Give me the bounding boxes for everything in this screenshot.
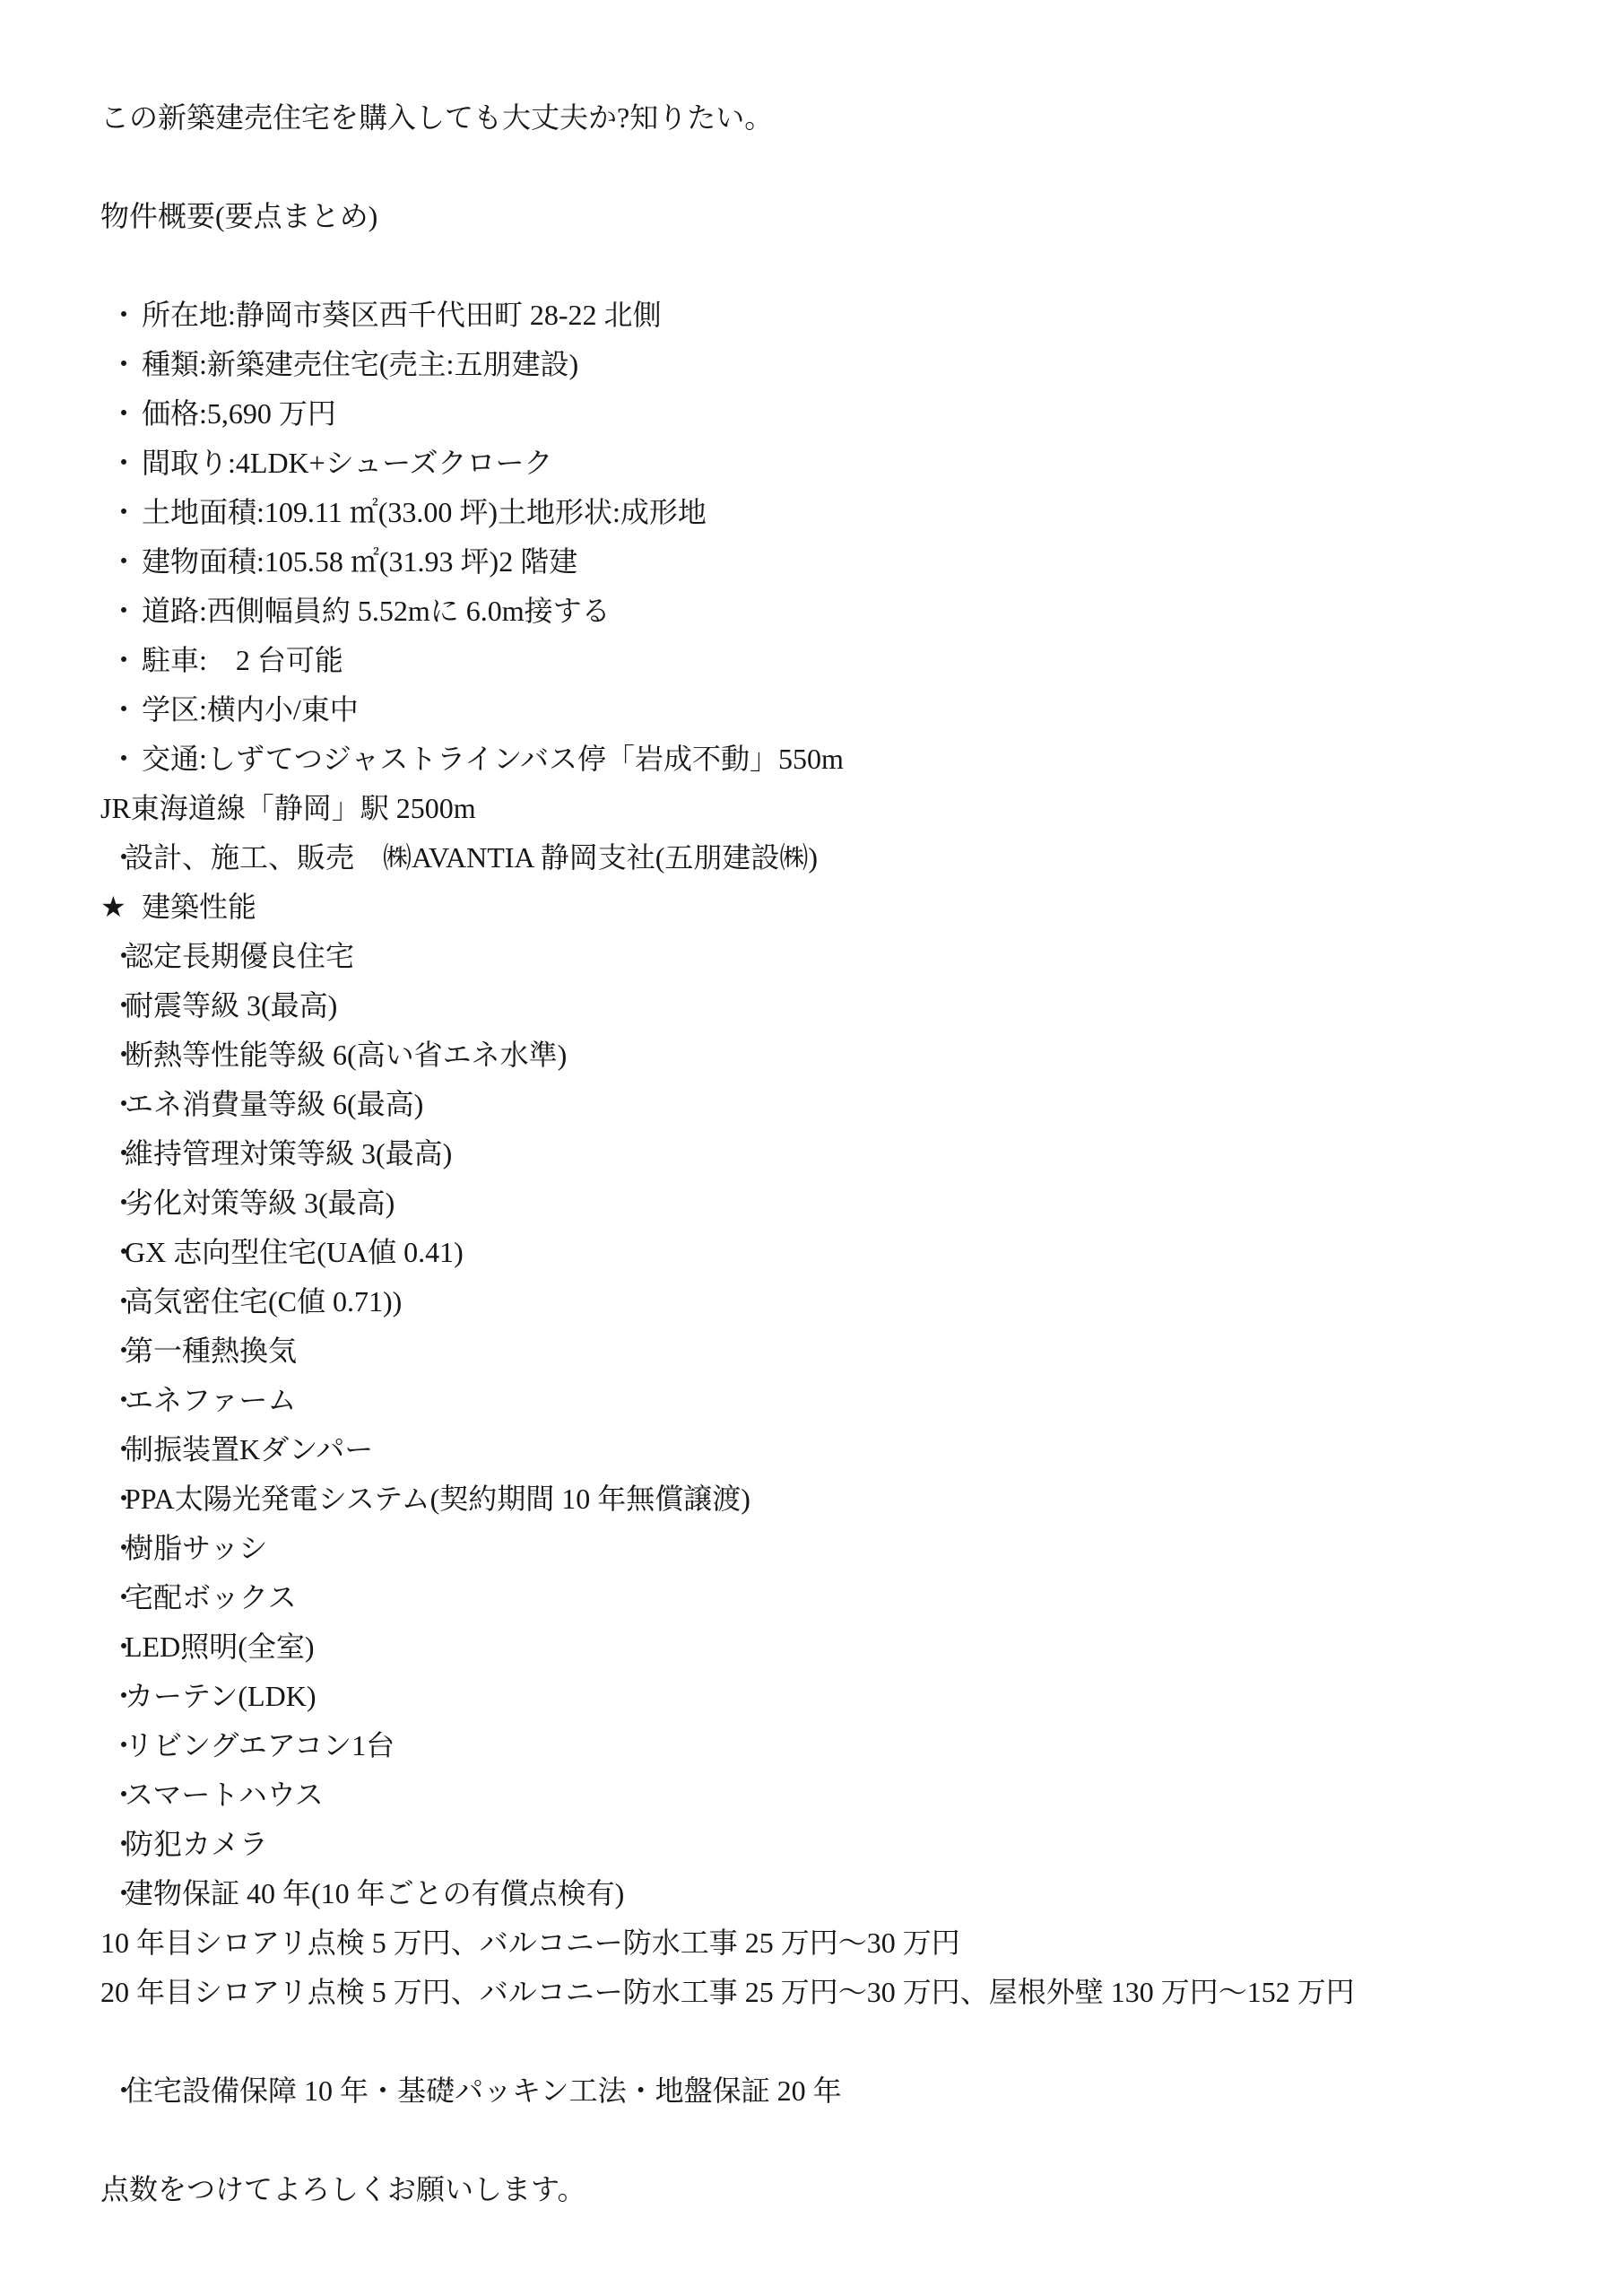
performance-item-text: PPA太陽光発電システム(契約期間 10 年無償譲渡) (125, 1483, 750, 1515)
overview-item-text: 土地面積:109.11 ㎡(33.00 坪)土地形状:成形地 (142, 496, 707, 528)
performance-item-text: 断熱等性能等級 6(高い省エネ水準) (125, 1039, 567, 1071)
performance-item-text: 宅配ボックス (125, 1581, 297, 1613)
performance-item-seismic-grade: ・耐震等級 3(最高) (100, 981, 1572, 1031)
overview-item-text: 種類:新築建売住宅(売主:五朋建設) (142, 348, 578, 380)
performance-item-security-camera: ・防犯カメラ (100, 1820, 1572, 1869)
performance-item-resin-sash: ・樹脂サッシ (100, 1524, 1572, 1573)
design-line-text: 設計、施工、販売 ㈱AVANTIA 静岡支社(五朋建設㈱) (125, 841, 818, 874)
blank-line (100, 241, 1572, 291)
performance-item-ppa-solar: ・PPA太陽光発電システム(契約期間 10 年無償譲渡) (100, 1474, 1572, 1524)
performance-item-text: 維持管理対策等級 3(最高) (125, 1137, 452, 1170)
blank-line (100, 143, 1572, 192)
performance-item-insulation-grade: ・断熱等性能等級 6(高い省エネ水準) (100, 1031, 1572, 1080)
performance-item-text: LED照明(全室) (125, 1631, 315, 1663)
overview-item-text: 交通:しずてつジャストラインバス停「岩成不動」550m (142, 743, 844, 775)
bullet-icon: ・ (109, 1425, 125, 1474)
overview-item-text: 価格:5,690 万円 (142, 397, 336, 430)
overview-item-text: 所在地:静岡市葵区西千代田町 28-22 北側 (142, 299, 662, 331)
performance-item-curtains: ・カーテン(LDK) (100, 1672, 1572, 1721)
performance-item-maintenance-grade: ・維持管理対策等級 3(最高) (100, 1129, 1572, 1178)
overview-item-floorplan: ・間取り:4LDK+シューズクローク (100, 439, 1572, 488)
bullet-icon: ・ (109, 537, 142, 587)
bullet-icon: ・ (109, 587, 142, 636)
overview-item-text: 間取り:4LDK+シューズクローク (142, 447, 552, 479)
warranty-line: ・住宅設備保障 10 年・基礎パッキン工法・地盤保証 20 年 (100, 2066, 1572, 2116)
blank-line (100, 2017, 1572, 2066)
design-construction-sales-line: ・設計、施工、販売 ㈱AVANTIA 静岡支社(五朋建設㈱) (100, 833, 1572, 883)
bullet-icon: ・ (109, 685, 142, 735)
performance-item-text: エネファーム (125, 1384, 296, 1416)
bullet-icon: ・ (109, 1622, 125, 1672)
performance-item-text: スマートハウス (125, 1779, 324, 1811)
performance-item-damper: ・制振装置Kダンパー (100, 1425, 1572, 1474)
performance-item-long-term-certified: ・認定長期優良住宅 (100, 932, 1572, 981)
performance-item-text: 高気密住宅(C値 0.71)) (125, 1285, 402, 1318)
bullet-icon: ・ (109, 1672, 125, 1721)
performance-item-text: リビングエアコン1台 (125, 1729, 395, 1761)
performance-header-text: 建築性能 (142, 891, 256, 923)
performance-item-led-lighting: ・LED照明(全室) (100, 1622, 1572, 1672)
performance-item-deterioration-grade: ・劣化対策等級 3(最高) (100, 1178, 1572, 1228)
bullet-icon: ・ (109, 1721, 125, 1770)
performance-item-delivery-box: ・宅配ボックス (100, 1573, 1572, 1622)
performance-item-text: カーテン(LDK) (125, 1680, 316, 1712)
performance-item-gx-house: ・GX 志向型住宅(UA値 0.41) (100, 1228, 1572, 1277)
performance-item-airtight-house: ・高気密住宅(C値 0.71)) (100, 1277, 1572, 1326)
bullet-icon: ・ (109, 1178, 125, 1228)
bullet-icon: ・ (109, 932, 125, 981)
bullet-icon: ・ (109, 488, 142, 537)
bullet-icon: ・ (109, 636, 142, 685)
performance-item-text: 建物保証 40 年(10 年ごとの有償点検有) (125, 1877, 624, 1909)
intro-question: この新築建売住宅を購入しても大丈夫か?知りたい。 (100, 93, 1572, 143)
bullet-icon: ・ (109, 1474, 125, 1524)
overview-item-text: 学区:横内小/東中 (142, 693, 359, 726)
performance-item-ventilation: ・第一種熱換気 (100, 1326, 1572, 1376)
performance-item-enefarm: ・エネファーム (100, 1376, 1572, 1425)
overview-item-price: ・価格:5,690 万円 (100, 389, 1572, 439)
overview-item-location: ・所在地:静岡市葵区西千代田町 28-22 北側 (100, 291, 1572, 340)
performance-item-smart-house: ・スマートハウス (100, 1770, 1572, 1820)
overview-item-building-area: ・建物面積:105.58 ㎡(31.93 坪)2 階建 (100, 537, 1572, 587)
bullet-icon: ・ (109, 2066, 125, 2116)
performance-item-text: 認定長期優良住宅 (125, 940, 354, 972)
warranty-line-text: 住宅設備保障 10 年・基礎パッキン工法・地盤保証 20 年 (125, 2074, 842, 2107)
performance-item-text: 劣化対策等級 3(最高) (125, 1187, 395, 1219)
bullet-icon: ・ (109, 1869, 125, 1918)
maintenance-cost-line-10yr: 10 年目シロアリ点検 5 万円、バルコニー防水工事 25 万円〜30 万円 (100, 1918, 1572, 1968)
bullet-icon: ・ (109, 1277, 125, 1326)
bullet-icon: ・ (109, 981, 125, 1031)
bullet-icon: ・ (109, 1080, 125, 1129)
performance-header: ★建築性能 (100, 883, 1572, 932)
bullet-icon: ・ (109, 439, 142, 488)
overview-item-parking: ・駐車: 2 台可能 (100, 636, 1572, 685)
overview-item-text: 道路:西側幅員約 5.52mに 6.0m接する (142, 595, 611, 627)
bullet-icon: ・ (109, 291, 142, 340)
overview-item-text: 建物面積:105.58 ㎡(31.93 坪)2 階建 (142, 545, 577, 578)
performance-item-text: 第一種熱換気 (125, 1335, 297, 1367)
performance-item-text: 防犯カメラ (125, 1828, 268, 1860)
bullet-icon: ・ (109, 1820, 125, 1869)
bullet-icon: ・ (109, 1228, 125, 1277)
bullet-icon: ・ (109, 1573, 125, 1622)
overview-item-road: ・道路:西側幅員約 5.52mに 6.0m接する (100, 587, 1572, 636)
closing-request: 点数をつけてよろしくお願いします。 (100, 2165, 1572, 2214)
bullet-icon: ・ (109, 735, 142, 784)
performance-item-living-aircon: ・リビングエアコン1台 (100, 1721, 1572, 1770)
overview-item-type: ・種類:新築建売住宅(売主:五朋建設) (100, 340, 1572, 389)
section-title: 物件概要(要点まとめ) (100, 192, 1572, 241)
overview-item-transit: ・交通:しずてつジャストラインバス停「岩成不動」550m (100, 735, 1572, 784)
bullet-icon: ・ (109, 1770, 125, 1820)
bullet-icon: ・ (109, 833, 125, 883)
performance-item-text: GX 志向型住宅(UA値 0.41) (125, 1236, 464, 1268)
bullet-icon: ・ (109, 1376, 125, 1425)
maintenance-cost-line-20yr: 20 年目シロアリ点検 5 万円、バルコニー防水工事 25 万円〜30 万円、屋… (100, 1968, 1572, 2017)
overview-item-school-district: ・学区:横内小/東中 (100, 685, 1572, 735)
bullet-icon: ・ (109, 340, 142, 389)
performance-item-text: 樹脂サッシ (125, 1532, 267, 1564)
performance-item-text: 耐震等級 3(最高) (125, 989, 337, 1022)
performance-item-text: エネ消費量等級 6(最高) (125, 1088, 423, 1120)
bullet-icon: ・ (109, 1524, 125, 1573)
blank-line (100, 2116, 1572, 2165)
overview-item-text: 駐車: 2 台可能 (142, 644, 343, 676)
transit-continuation-line: JR東海道線「静岡」駅 2500m (100, 784, 1572, 833)
bullet-icon: ・ (109, 1129, 125, 1178)
performance-item-energy-grade: ・エネ消費量等級 6(最高) (100, 1080, 1572, 1129)
star-icon: ★ (100, 883, 142, 932)
bullet-icon: ・ (109, 389, 142, 439)
document-page: この新築建売住宅を購入しても大丈夫か?知りたい。 物件概要(要点まとめ) ・所在… (0, 0, 1622, 2296)
overview-item-land-area: ・土地面積:109.11 ㎡(33.00 坪)土地形状:成形地 (100, 488, 1572, 537)
performance-item-building-warranty: ・建物保証 40 年(10 年ごとの有償点検有) (100, 1869, 1572, 1918)
bullet-icon: ・ (109, 1326, 125, 1376)
performance-item-text: 制振装置Kダンパー (125, 1433, 373, 1465)
bullet-icon: ・ (109, 1031, 125, 1080)
